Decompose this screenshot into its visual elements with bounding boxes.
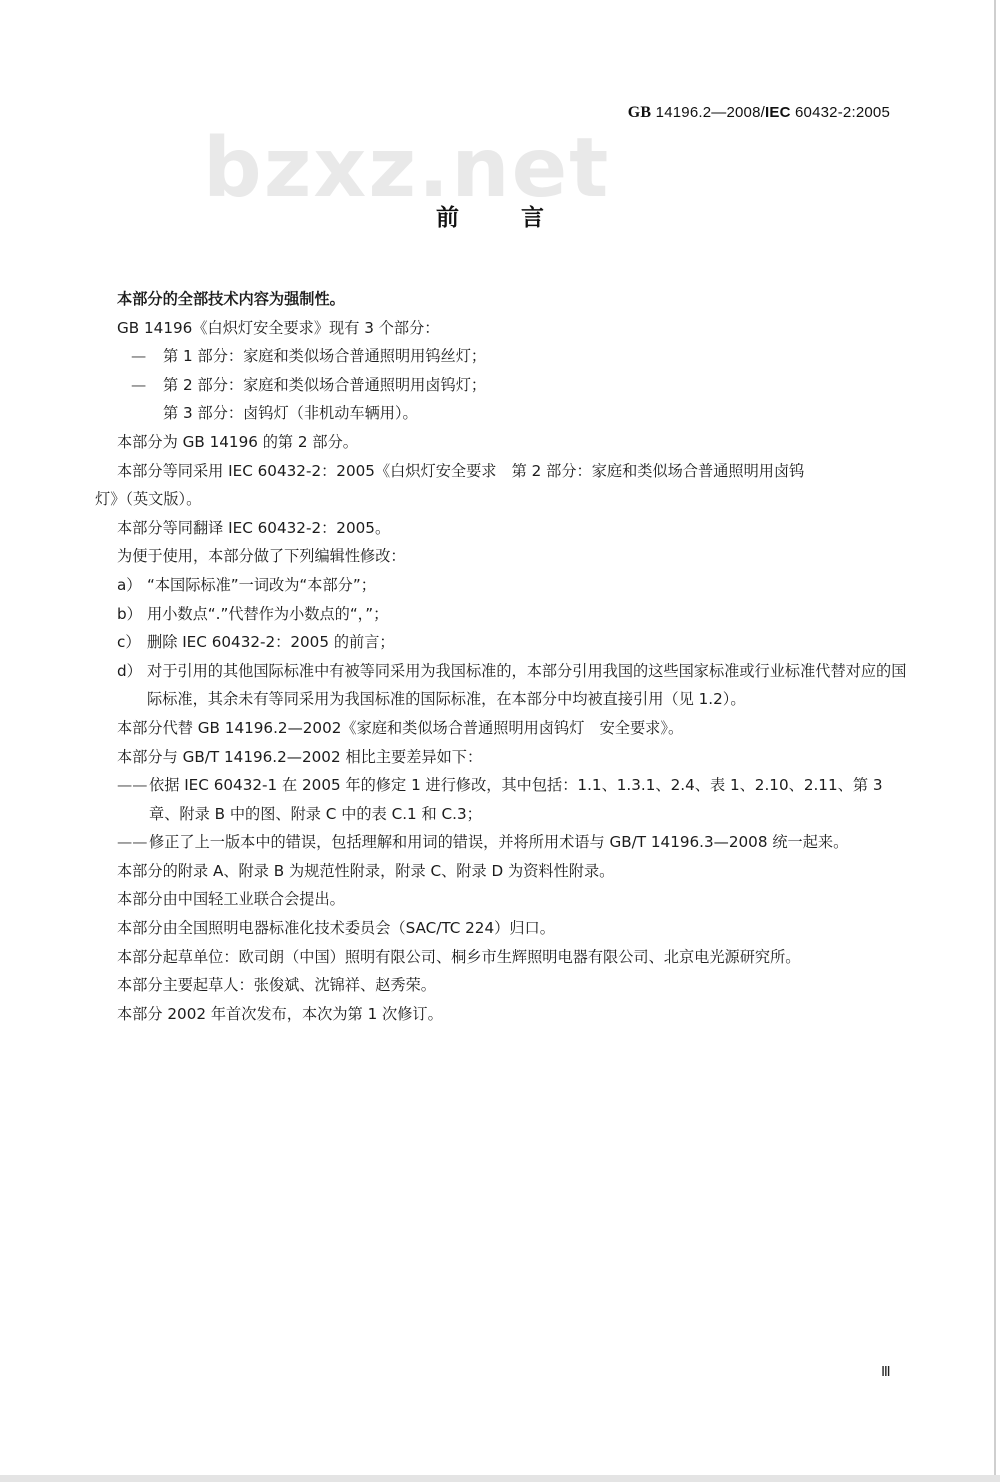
paragraph-part-of: 本部分为 GB 14196 的第 2 部分。 <box>117 428 907 457</box>
paragraph-mandatory: 本部分的全部技术内容为强制性。 <box>117 285 907 314</box>
paragraph-proposed-by: 本部分由中国轻工业联合会提出。 <box>117 885 907 914</box>
standard-prefix: GB <box>628 104 652 121</box>
foreword-body: 本部分的全部技术内容为强制性。 GB 14196《白炽灯安全要求》现有 3 个部… <box>117 285 907 1028</box>
list-item-part-2: — 第 2 部分：家庭和类似场合普通照明用卤钨灯； <box>117 371 907 400</box>
page-number: Ⅲ <box>881 1364 890 1381</box>
list-marker: b） <box>117 600 147 629</box>
title-char-1: 前 <box>436 205 459 231</box>
paragraph-adoption-line-2: 灯》（英文版）。 <box>95 485 907 514</box>
list-item-text: 修正了上一版本中的错误，包括理解和用词的错误，并将所用术语与 GB/T 1419… <box>149 828 907 857</box>
dash-marker: — <box>131 342 163 371</box>
paragraph-drafting-units: 本部分起草单位：欧司朗（中国）照明有限公司、桐乡市生辉照明电器有限公司、北京电光… <box>117 943 907 972</box>
paragraph-annexes: 本部分的附录 A、附录 B 为规范性附录，附录 C、附录 D 为资料性附录。 <box>117 857 907 886</box>
page-title: 前言 <box>436 199 544 232</box>
paragraph-parts-intro: GB 14196《白炽灯安全要求》现有 3 个部分： <box>117 314 907 343</box>
list-item-difference-2: —— 修正了上一版本中的错误，包括理解和用词的错误，并将所用术语与 GB/T 1… <box>117 828 907 857</box>
paragraph-edits-intro: 为便于使用，本部分做了下列编辑性修改： <box>117 542 907 571</box>
paragraph-translation: 本部分等同翻译 IEC 60432-2：2005。 <box>117 514 907 543</box>
dash-marker: —— <box>117 771 149 828</box>
list-item-text: 第 2 部分：家庭和类似场合普通照明用卤钨灯； <box>163 371 907 400</box>
iec-number: 60432-2:2005 <box>795 104 890 121</box>
dash-marker: — <box>131 371 163 400</box>
list-item-text: 第 1 部分：家庭和类似场合普通照明用钨丝灯； <box>163 342 907 371</box>
list-item-text: 删除 IEC 60432-2：2005 的前言； <box>147 628 907 657</box>
list-item-edit-a: a） “本国际标准”一词改为“本部分”； <box>117 571 907 600</box>
list-item-text: 依据 IEC 60432-1 在 2005 年的修定 1 进行修改，其中包括：1… <box>149 771 907 828</box>
page-bottom-edge <box>0 1475 1000 1482</box>
title-char-2: 言 <box>521 205 544 231</box>
list-item-edit-b: b） 用小数点“.”代替作为小数点的“，”； <box>117 600 907 629</box>
paragraph-adoption-line-1: 本部分等同采用 IEC 60432-2：2005《白炽灯安全要求 第 2 部分：… <box>117 457 907 486</box>
list-marker: d） <box>117 657 147 714</box>
paragraph-replaces: 本部分代替 GB 14196.2—2002《家庭和类似场合普通照明用卤钨灯 安全… <box>117 714 907 743</box>
dash-marker <box>131 399 163 428</box>
dash-marker: —— <box>117 828 149 857</box>
list-item-edit-c: c） 删除 IEC 60432-2：2005 的前言； <box>117 628 907 657</box>
list-marker: c） <box>117 628 147 657</box>
paragraph-drafters: 本部分主要起草人：张俊斌、沈锦祥、赵秀荣。 <box>117 971 907 1000</box>
iec-prefix: IEC <box>765 104 791 121</box>
list-item-part-3: 第 3 部分：卤钨灯（非机动车辆用）。 <box>117 399 907 428</box>
paragraph-administered-by: 本部分由全国照明电器标准化技术委员会（SAC/TC 224）归口。 <box>117 914 907 943</box>
list-item-difference-1: —— 依据 IEC 60432-1 在 2005 年的修定 1 进行修改，其中包… <box>117 771 907 828</box>
list-marker: a） <box>117 571 147 600</box>
list-item-text: “本国际标准”一词改为“本部分”； <box>147 571 907 600</box>
standard-header: GB 14196.2—2008/IEC 60432-2:2005 <box>628 104 890 122</box>
paragraph-revision-history: 本部分 2002 年首次发布，本次为第 1 次修订。 <box>117 1000 907 1029</box>
list-item-edit-d: d） 对于引用的其他国际标准中有被等同采用为我国标准的，本部分引用我国的这些国家… <box>117 657 907 714</box>
list-item-text: 用小数点“.”代替作为小数点的“，”； <box>147 600 907 629</box>
standard-number: 14196.2—2008/ <box>656 104 765 121</box>
list-item-text: 对于引用的其他国际标准中有被等同采用为我国标准的，本部分引用我国的这些国家标准或… <box>147 657 907 714</box>
document-page: GB 14196.2—2008/IEC 60432-2:2005 bzxz.ne… <box>0 0 996 1475</box>
paragraph-differences-intro: 本部分与 GB/T 14196.2—2002 相比主要差异如下： <box>117 743 907 772</box>
list-item-part-1: — 第 1 部分：家庭和类似场合普通照明用钨丝灯； <box>117 342 907 371</box>
watermark: bzxz.net <box>203 128 610 210</box>
list-item-text: 第 3 部分：卤钨灯（非机动车辆用）。 <box>163 399 907 428</box>
